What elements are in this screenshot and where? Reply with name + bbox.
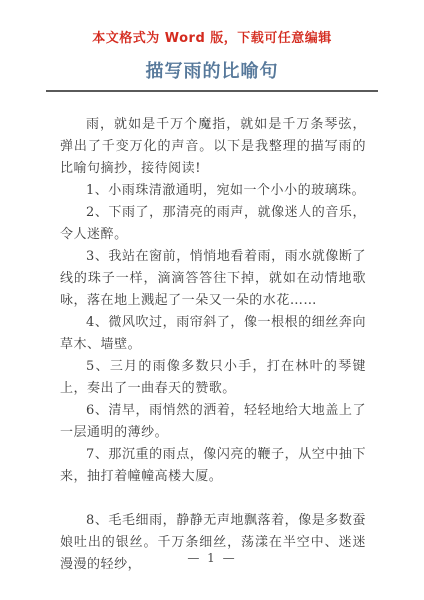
page-title: 描写雨的比喻句 [0, 57, 424, 83]
header-notice: 本文格式为 Word 版，下载可任意编辑 [0, 0, 424, 46]
list-item-1: 1、小雨珠清澈通明，宛如一个小小的玻璃珠。 [60, 180, 366, 202]
page-number: — 1 — [0, 551, 424, 565]
title-divider [46, 90, 378, 92]
list-item-5: 5、三月的雨像多数只小手，打在林叶的琴键上，奏出了一曲春天的赞歌。 [60, 356, 366, 400]
document-body: 雨，就如是千万个魔指，就如是千万条琴弦，弹出了千变万化的声音。以下是我整理的描写… [60, 114, 366, 576]
list-item-2: 2、下雨了，那清亮的雨声，就像迷人的音乐，令人迷醉。 [60, 202, 366, 246]
list-item-8: 8、毛毛细雨，静静无声地飘落着，像是多数蚕娘吐出的银丝。千万条细丝，荡漾在半空中… [60, 510, 366, 576]
list-item-4: 4、微风吹过，雨帘斜了，像一根根的细丝奔向草木、墙壁。 [60, 312, 366, 356]
document-page: 本文格式为 Word 版，下载可任意编辑 描写雨的比喻句 雨，就如是千万个魔指，… [0, 0, 424, 600]
list-item-6: 6、清早，雨悄然的洒着，轻轻地给大地盖上了一层通明的薄纱。 [60, 400, 366, 444]
intro-paragraph: 雨，就如是千万个魔指，就如是千万条琴弦，弹出了千变万化的声音。以下是我整理的描写… [60, 114, 366, 180]
list-item-3: 3、我站在窗前，悄悄地看着雨，雨水就像断了线的珠子一样，滴滴答答往下掉，就如在动… [60, 246, 366, 312]
list-item-7: 7、那沉重的雨点，像闪亮的鞭子，从空中抽下来，抽打着幢幢高楼大厦。 [60, 444, 366, 488]
